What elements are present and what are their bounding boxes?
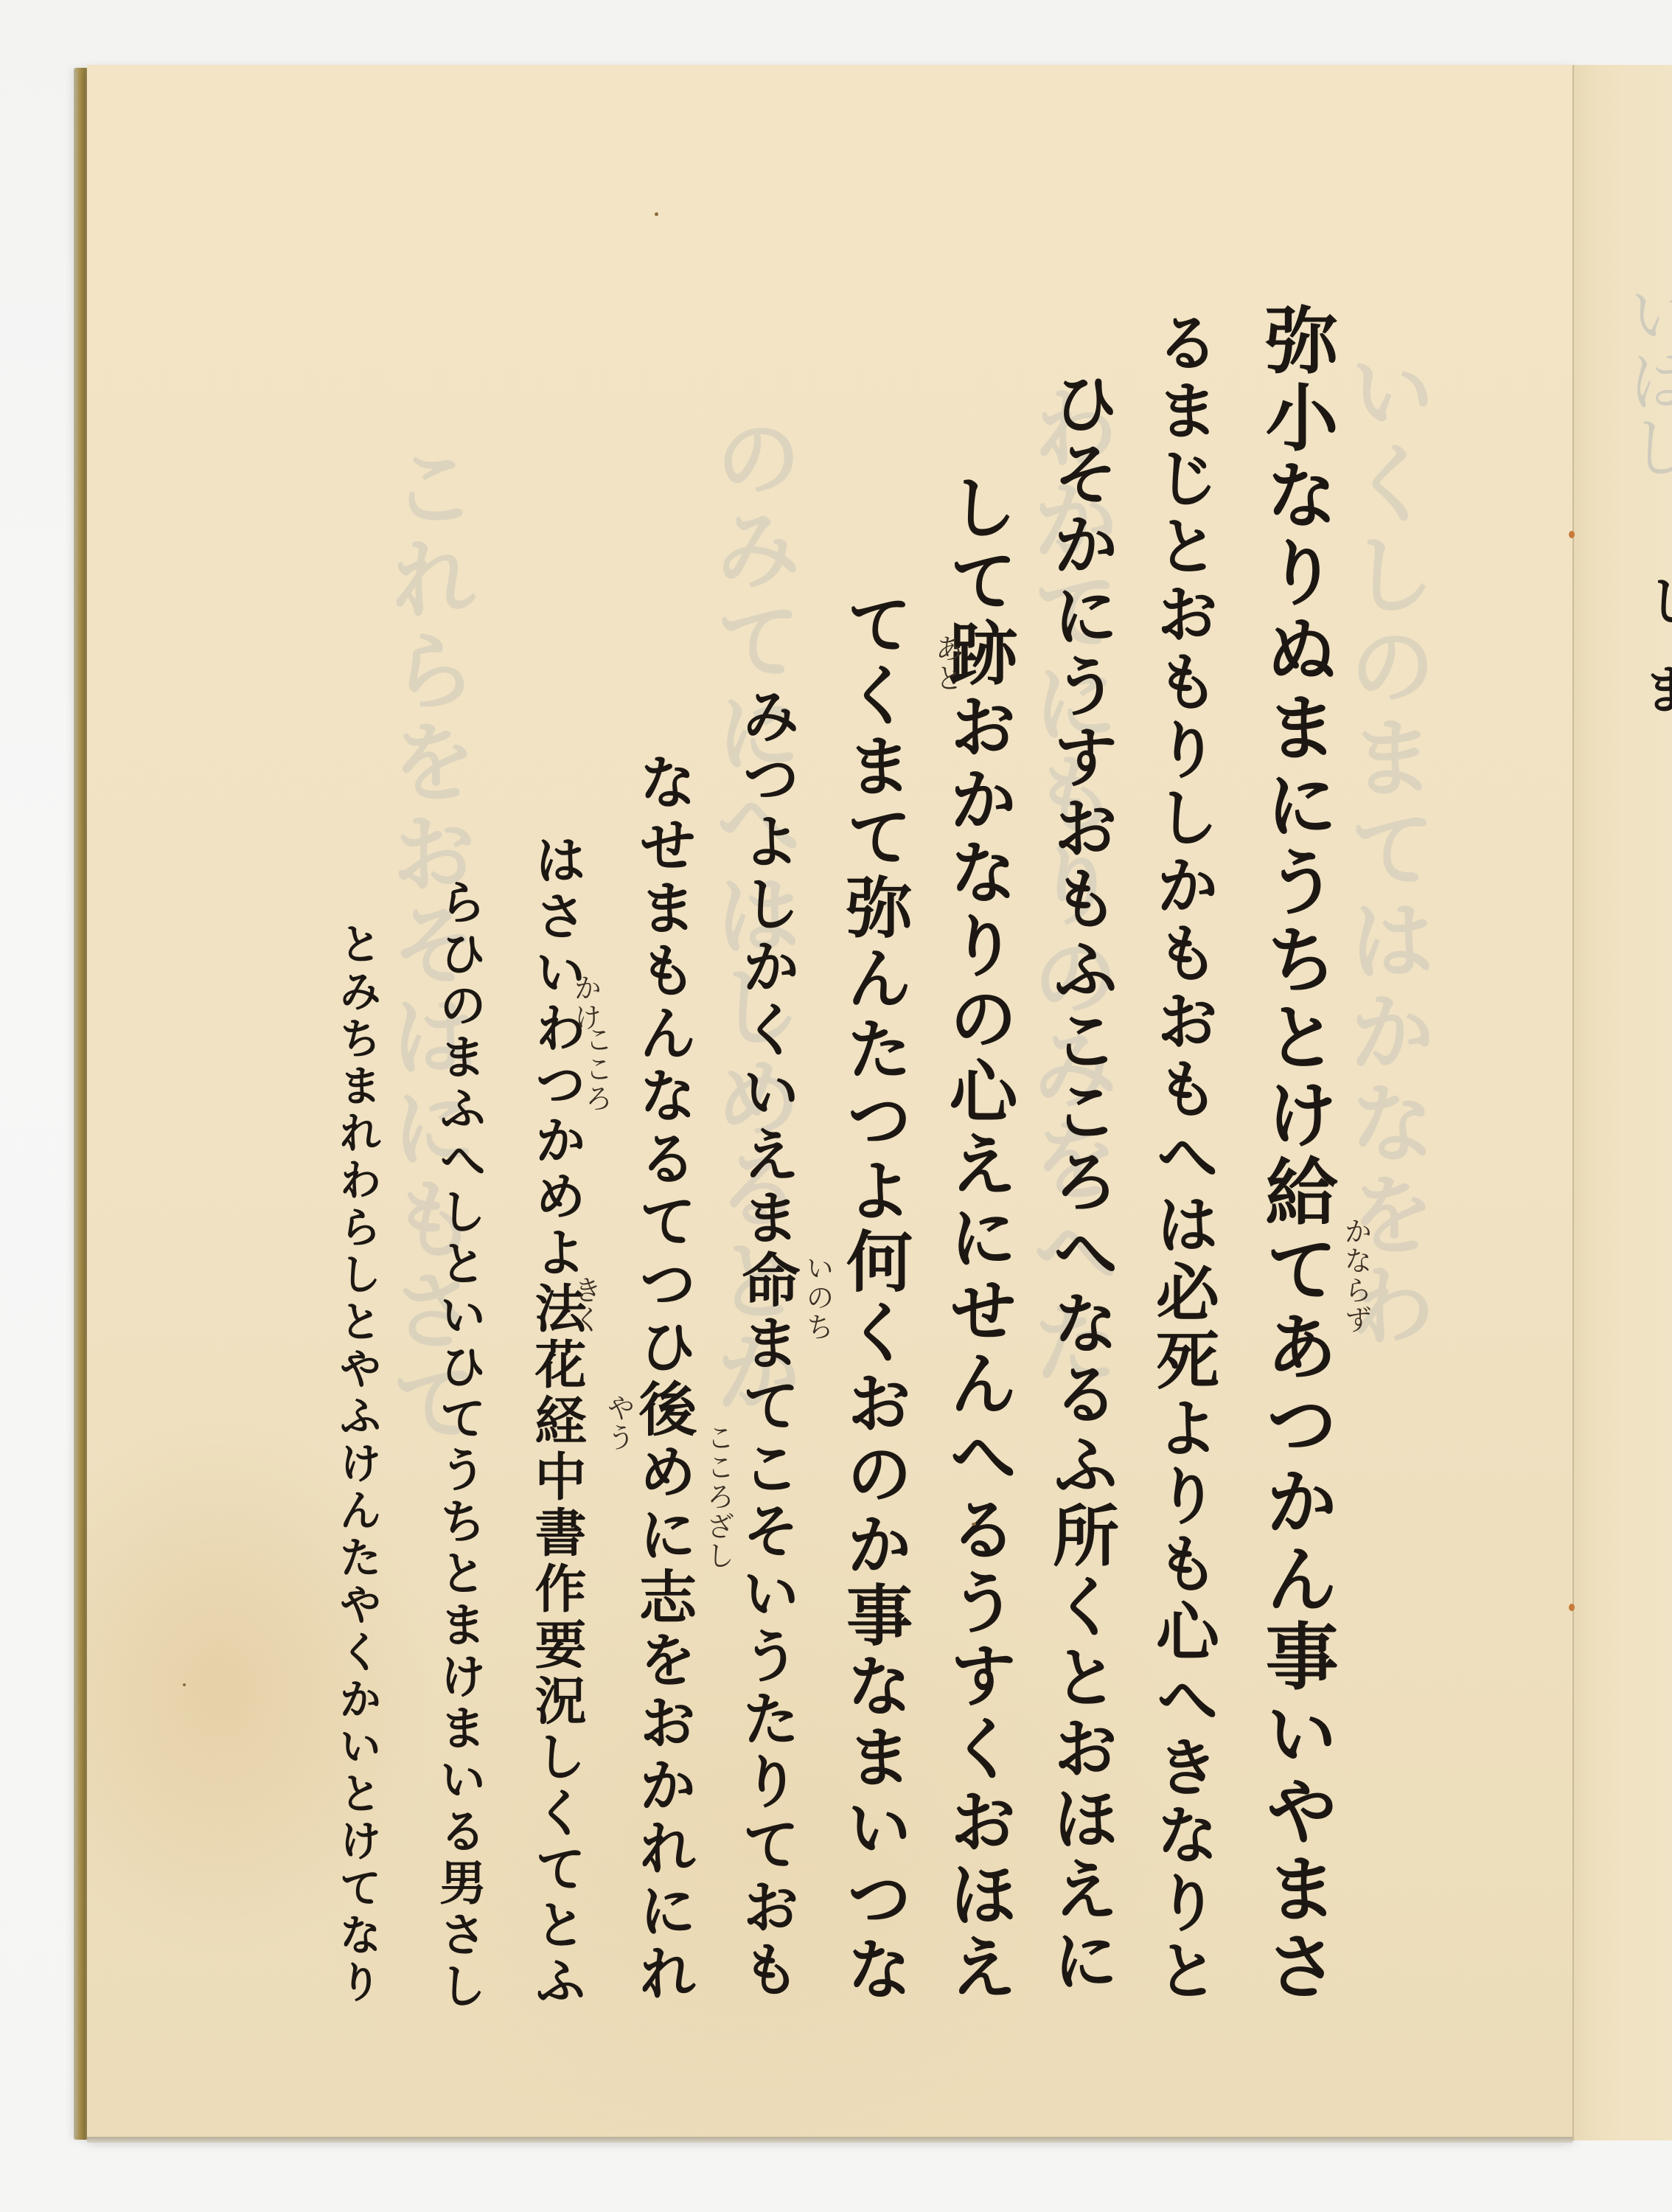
show-through-text: いくしのまてはかなをわ xyxy=(1342,347,1429,1969)
paper-speck xyxy=(972,1523,976,1526)
paper-speck xyxy=(655,212,658,216)
text-column-4: して跡おかなりの心えにせんへるうすくおほえ xyxy=(944,472,1012,2013)
ruby-annotation: かならず xyxy=(1342,1217,1370,1335)
facing-page-show-through: いはし xyxy=(1607,280,1672,723)
ruby-annotation: あと xyxy=(933,634,961,693)
text-column-2: るまじとおもりしかもおもへは必死よりも心へきなりと xyxy=(1150,310,1213,2013)
text-column-3: ひそかにうすおもふこころへなるふ所くとおほえに xyxy=(1047,369,1113,2013)
text-column-6: みつよしかくいえま命まてこそいうたりておも xyxy=(737,686,795,2013)
ruby-annotation: いのち xyxy=(804,1253,832,1342)
binding-hole xyxy=(1569,1604,1575,1611)
ruby-annotation: こころ xyxy=(582,1025,610,1113)
ruby-annotation: こころざし xyxy=(704,1423,732,1571)
text-column-7: なせまもんなるてつひ後めに志をおかれにれ xyxy=(634,752,692,2013)
text-column-5: てくまて弥んたつよ何くおのか事なまいつな xyxy=(840,590,907,2013)
ruby-annotation: かけ xyxy=(571,973,599,1032)
text-column-1: 弥小なりぬまにうちとけ給てあつかん事いやまさ xyxy=(1259,302,1332,2013)
paper-speck xyxy=(183,1683,186,1686)
page-bottom-edge xyxy=(87,2137,1572,2143)
text-column-10: とみちまれわらしとやふけんたやくかいとけてなり xyxy=(335,922,378,2013)
ruby-annotation: やう xyxy=(605,1394,633,1453)
text-column-9: らひのまふへしといひてうちとまけまいる男さし xyxy=(435,877,482,2013)
ruby-annotation: きく xyxy=(571,1276,599,1335)
binding-hole xyxy=(1569,531,1575,538)
